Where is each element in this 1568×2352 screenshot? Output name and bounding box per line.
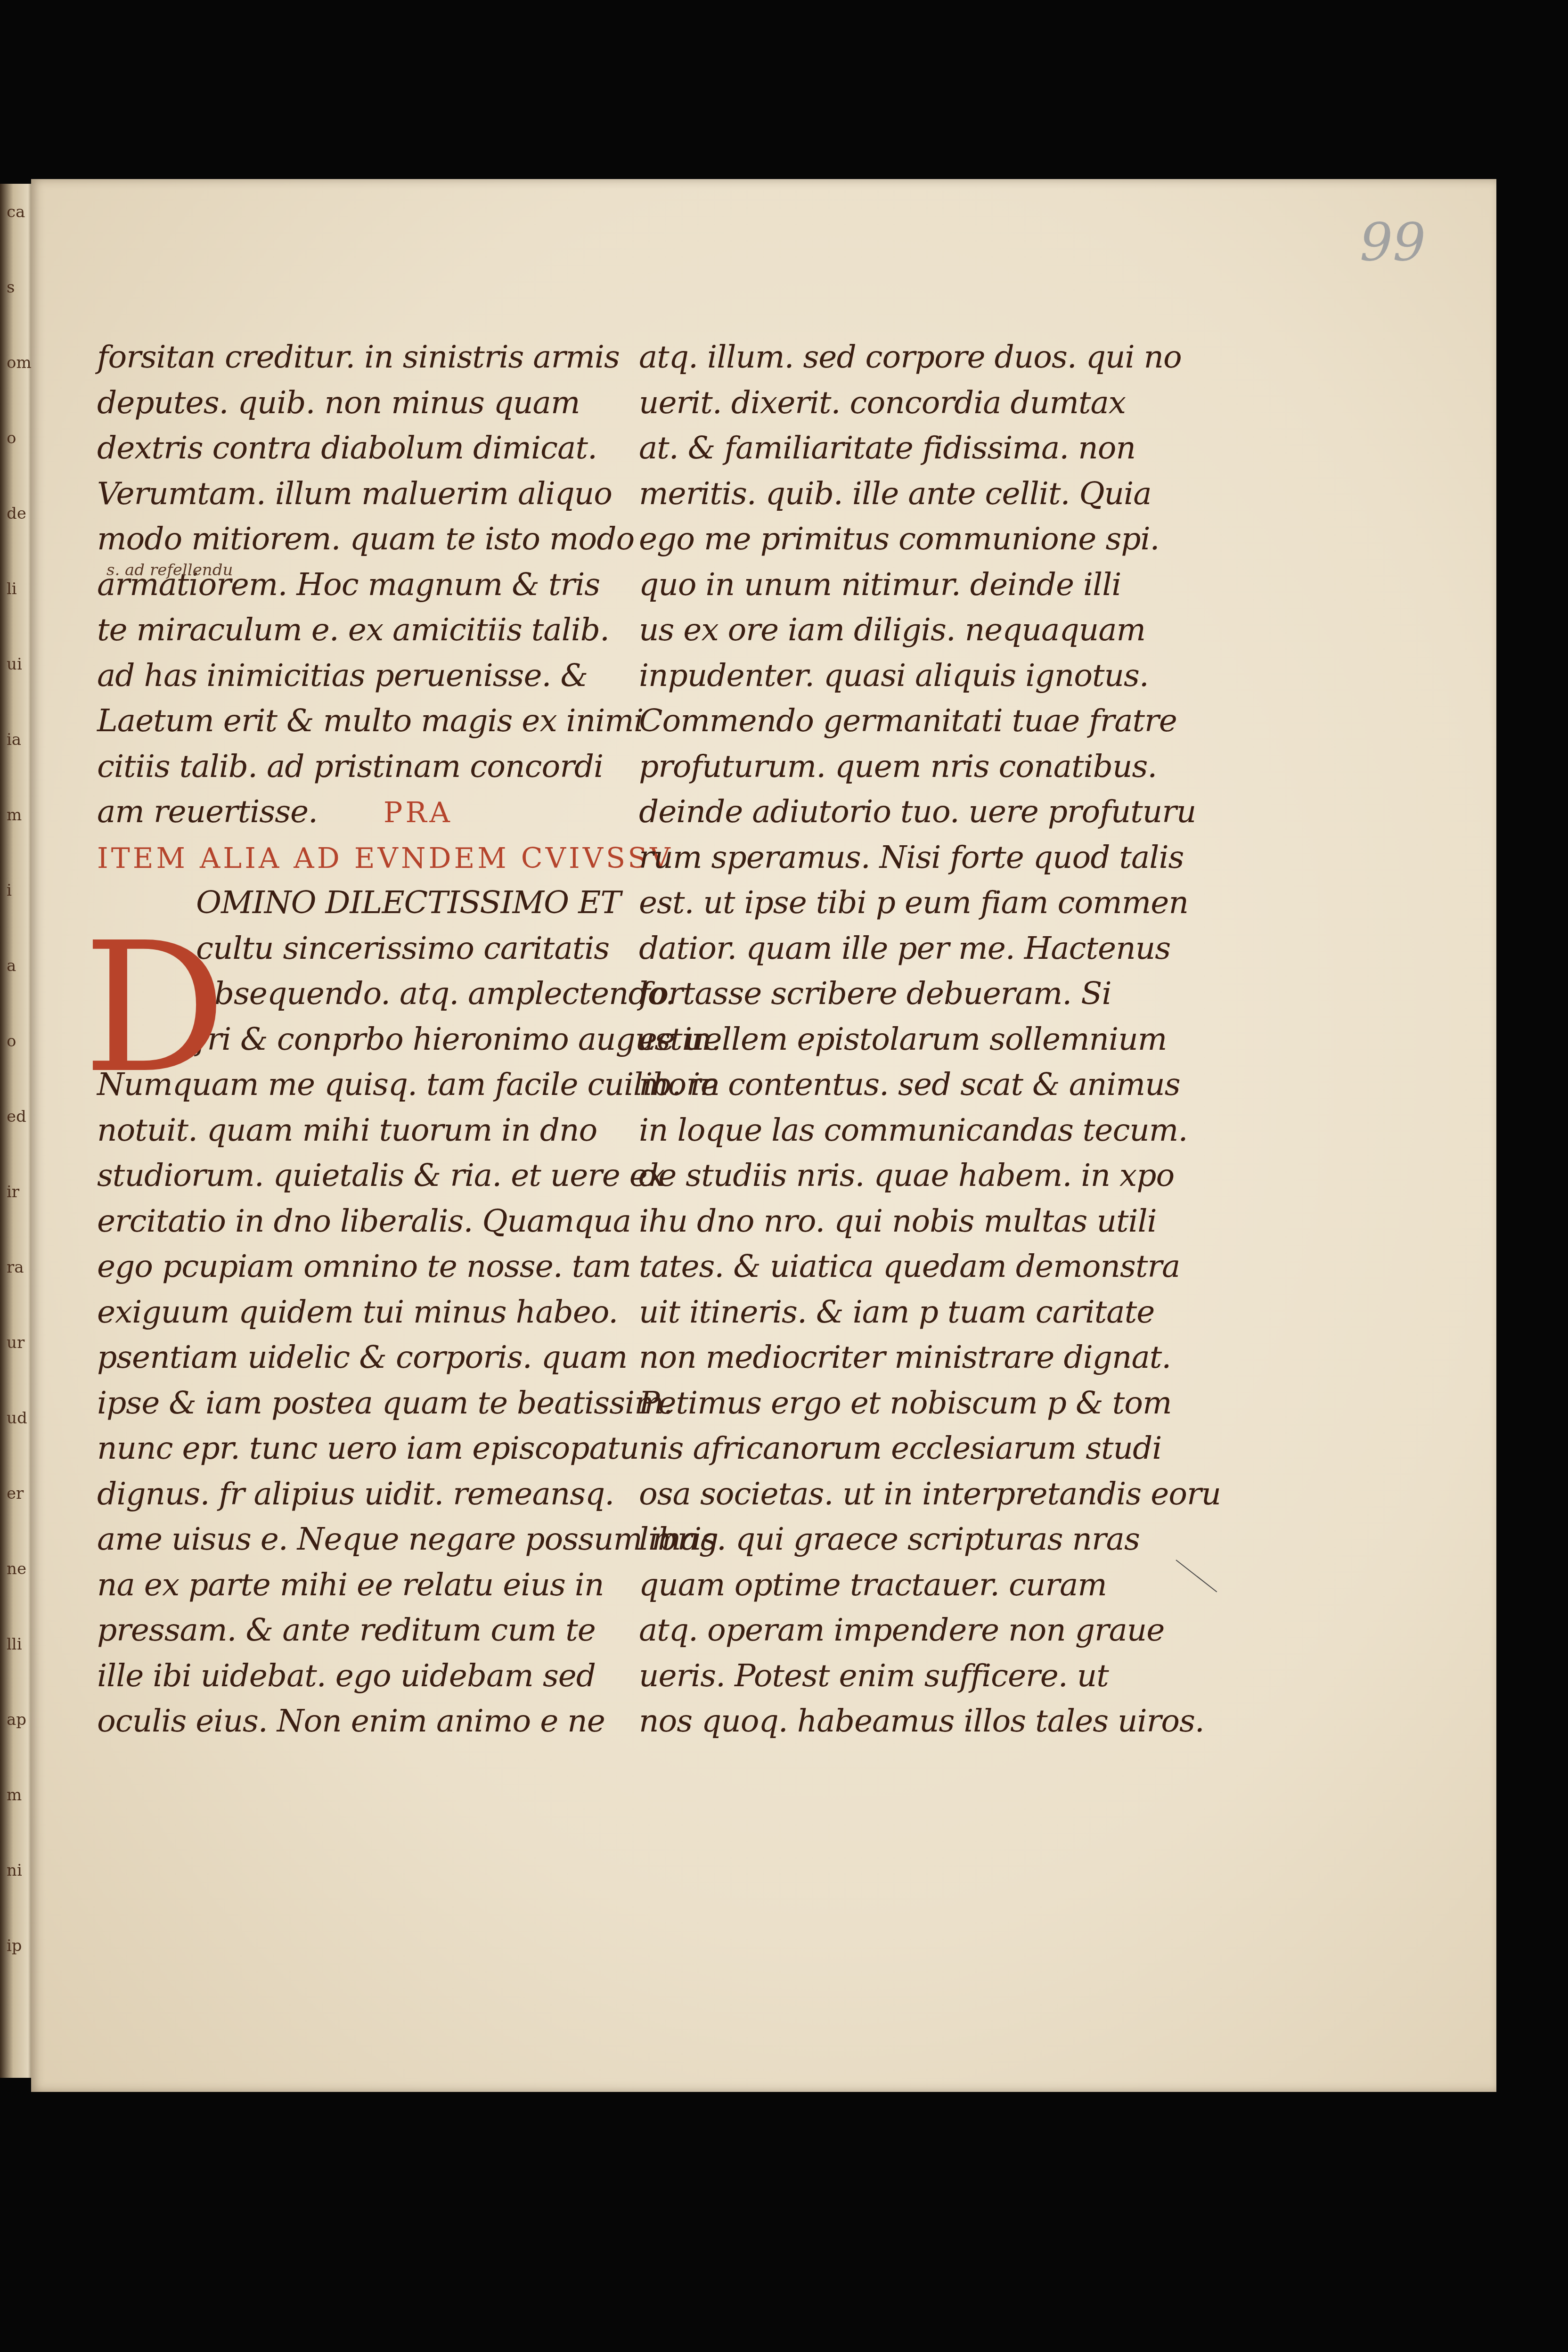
margin-fragment: ud bbox=[7, 1409, 27, 1428]
rubric-heading-line: ITEM ALIA AD EVNDEM CVIVSSV bbox=[97, 835, 672, 881]
folio-number: 99 bbox=[1360, 212, 1426, 272]
interlinear-gloss: s. ad refellendu bbox=[106, 561, 233, 580]
margin-fragment: om bbox=[7, 353, 32, 372]
text-line: forsitan creditur. in sinistris armis bbox=[97, 335, 672, 380]
text-line: ipse & iam postea quam te beatissim. bbox=[97, 1380, 672, 1426]
right-column: atq. illum. sed corpore duos. qui noueri… bbox=[639, 335, 1228, 1744]
text-line: ad has inimicitias peruenisse. & bbox=[97, 653, 672, 699]
text-line: deputes. quib. non minus quam bbox=[97, 380, 672, 426]
text-line: at. & familiaritate fidissima. non bbox=[639, 425, 1228, 471]
text-line: ueris. Potest enim sufficere. ut bbox=[639, 1653, 1228, 1699]
text-line: more contentus. sed scat & animus bbox=[639, 1062, 1228, 1108]
margin-fragment: ir bbox=[7, 1183, 19, 1201]
margin-fragment: lli bbox=[7, 1635, 22, 1654]
rubric-heading: ITEM ALIA AD EVNDEM CVIVSSV bbox=[97, 842, 673, 875]
text-line: ee uellem epistolarum sollemnium bbox=[639, 1017, 1228, 1062]
text-line: ame uisus e. Neque negare possum mag bbox=[97, 1517, 672, 1562]
text-line: Laetum erit & multo magis ex inimi bbox=[97, 698, 672, 744]
margin-fragment: m bbox=[7, 1786, 22, 1805]
text-line: libris. qui graece scripturas nras bbox=[639, 1517, 1228, 1562]
text-line: est. ut ipse tibi p eum fiam commen bbox=[639, 880, 1228, 926]
text-line: rum speramus. Nisi forte quod talis bbox=[639, 835, 1228, 881]
drop-cap-initial: D bbox=[83, 919, 227, 1098]
text-line: in loque las communicandas tecum. bbox=[639, 1108, 1228, 1153]
text-line: Verumtam. illum maluerim aliquo bbox=[97, 471, 672, 517]
margin-fragment: ia bbox=[7, 730, 21, 749]
text-line: uit itineris. & iam p tuam caritate bbox=[639, 1290, 1228, 1335]
text-line: quam optime tractauer. curam bbox=[639, 1562, 1228, 1608]
text-line: quo in unum nitimur. deinde illi bbox=[639, 562, 1228, 608]
text-line: pressam. & ante reditum cum te bbox=[97, 1608, 672, 1653]
text-line: profuturum. quem nris conatibus. bbox=[639, 744, 1228, 790]
margin-fragment: li bbox=[7, 580, 17, 598]
margin-fragment: ur bbox=[7, 1333, 24, 1352]
text-line: na ex parte mihi ee relatu eius in bbox=[97, 1562, 672, 1608]
margin-fragment: ni bbox=[7, 1861, 22, 1880]
text-line: datior. quam ille per me. Hactenus bbox=[639, 926, 1228, 972]
text-line: Petimus ergo et nobiscum p & tom bbox=[639, 1380, 1228, 1426]
text-line: deinde adiutorio tuo. uere profuturu bbox=[639, 789, 1228, 835]
text-line: psentiam uidelic & corporis. quam bbox=[97, 1335, 672, 1380]
text-line: nunc epr. tunc uero iam episcopatu bbox=[97, 1426, 672, 1471]
margin-fragment: ui bbox=[7, 655, 22, 674]
text-line: exiguum quidem tui minus habeo. bbox=[97, 1290, 672, 1335]
text-line: meritis. quib. ille ante cellit. Quia bbox=[639, 471, 1228, 517]
margin-fragment: m bbox=[7, 806, 22, 825]
text-line: dignus. fr alipius uidit. remeansq. bbox=[97, 1471, 672, 1517]
adjacent-page-edge: casomodeliuiiamiaoedirraurudernelliapmni… bbox=[0, 184, 33, 2078]
text-line: nos quoq. habeamus illos tales uiros. bbox=[639, 1699, 1228, 1744]
text-line: us ex ore iam diligis. nequaquam bbox=[639, 607, 1228, 653]
text-line: te miraculum e. ex amicitiis talib. bbox=[97, 607, 672, 653]
text-line: nis africanorum ecclesiarum studi bbox=[639, 1426, 1228, 1471]
text-line: citiis talib. ad pristinam concordi bbox=[97, 744, 672, 790]
text-line: osa societas. ut in interpretandis eoru bbox=[639, 1471, 1228, 1517]
margin-fragment: o bbox=[7, 429, 16, 448]
manuscript-page: 99 forsitan creditur. in sinistris armis… bbox=[31, 179, 1496, 2092]
text-line: ille ibi uidebat. ego uidebam sed bbox=[97, 1653, 672, 1699]
text-line: notuit. quam mihi tuorum in dno bbox=[97, 1108, 672, 1153]
text-line: studiorum. quietalis & ria. et uere ex bbox=[97, 1153, 672, 1199]
text-line: dextris contra diabolum dimicat. bbox=[97, 425, 672, 471]
rubric-mark: PRA bbox=[384, 796, 453, 829]
margin-fragment: ra bbox=[7, 1258, 24, 1277]
text-line: atq. operam impendere non graue bbox=[639, 1608, 1228, 1653]
margin-fragment: a bbox=[7, 956, 16, 975]
margin-fragment: ed bbox=[7, 1107, 26, 1126]
text-line: oculis eius. Non enim animo e ne bbox=[97, 1699, 672, 1744]
text-line: ego me primitus communione spi. bbox=[639, 516, 1228, 562]
margin-fragment: s bbox=[7, 278, 15, 297]
text-line: ihu dno nro. qui nobis multas utili bbox=[639, 1199, 1228, 1244]
text-line: non mediocriter ministrare dignat. bbox=[639, 1335, 1228, 1380]
text-line: tates. & uiatica quedam demonstra bbox=[639, 1244, 1228, 1290]
text-line: Commendo germanitati tuae fratre bbox=[639, 698, 1228, 744]
margin-fragment: o bbox=[7, 1032, 16, 1051]
text-line: modo mitiorem. quam te isto modo bbox=[97, 516, 672, 562]
text-line: ercitatio in dno liberalis. Quamqua bbox=[97, 1199, 672, 1244]
text-line: inpudenter. quasi aliquis ignotus. bbox=[639, 653, 1228, 699]
text-line: ego pcupiam omnino te nosse. tam bbox=[97, 1244, 672, 1290]
margin-fragment: de bbox=[7, 504, 26, 523]
text-line: am reuertisse.PRA bbox=[97, 789, 672, 835]
margin-fragment: ap bbox=[7, 1710, 26, 1729]
text-line: fortasse scribere debueram. Si bbox=[639, 971, 1228, 1017]
margin-fragment: er bbox=[7, 1484, 24, 1503]
text-line: de studiis nris. quae habem. in xpo bbox=[639, 1153, 1228, 1199]
text-line: uerit. dixerit. concordia dumtax bbox=[639, 380, 1228, 426]
margin-fragment: i bbox=[7, 881, 12, 900]
text-line: atq. illum. sed corpore duos. qui no bbox=[639, 335, 1228, 380]
margin-fragment: ne bbox=[7, 1560, 26, 1578]
margin-fragment: ip bbox=[7, 1936, 22, 1955]
margin-fragment: ca bbox=[7, 203, 25, 221]
